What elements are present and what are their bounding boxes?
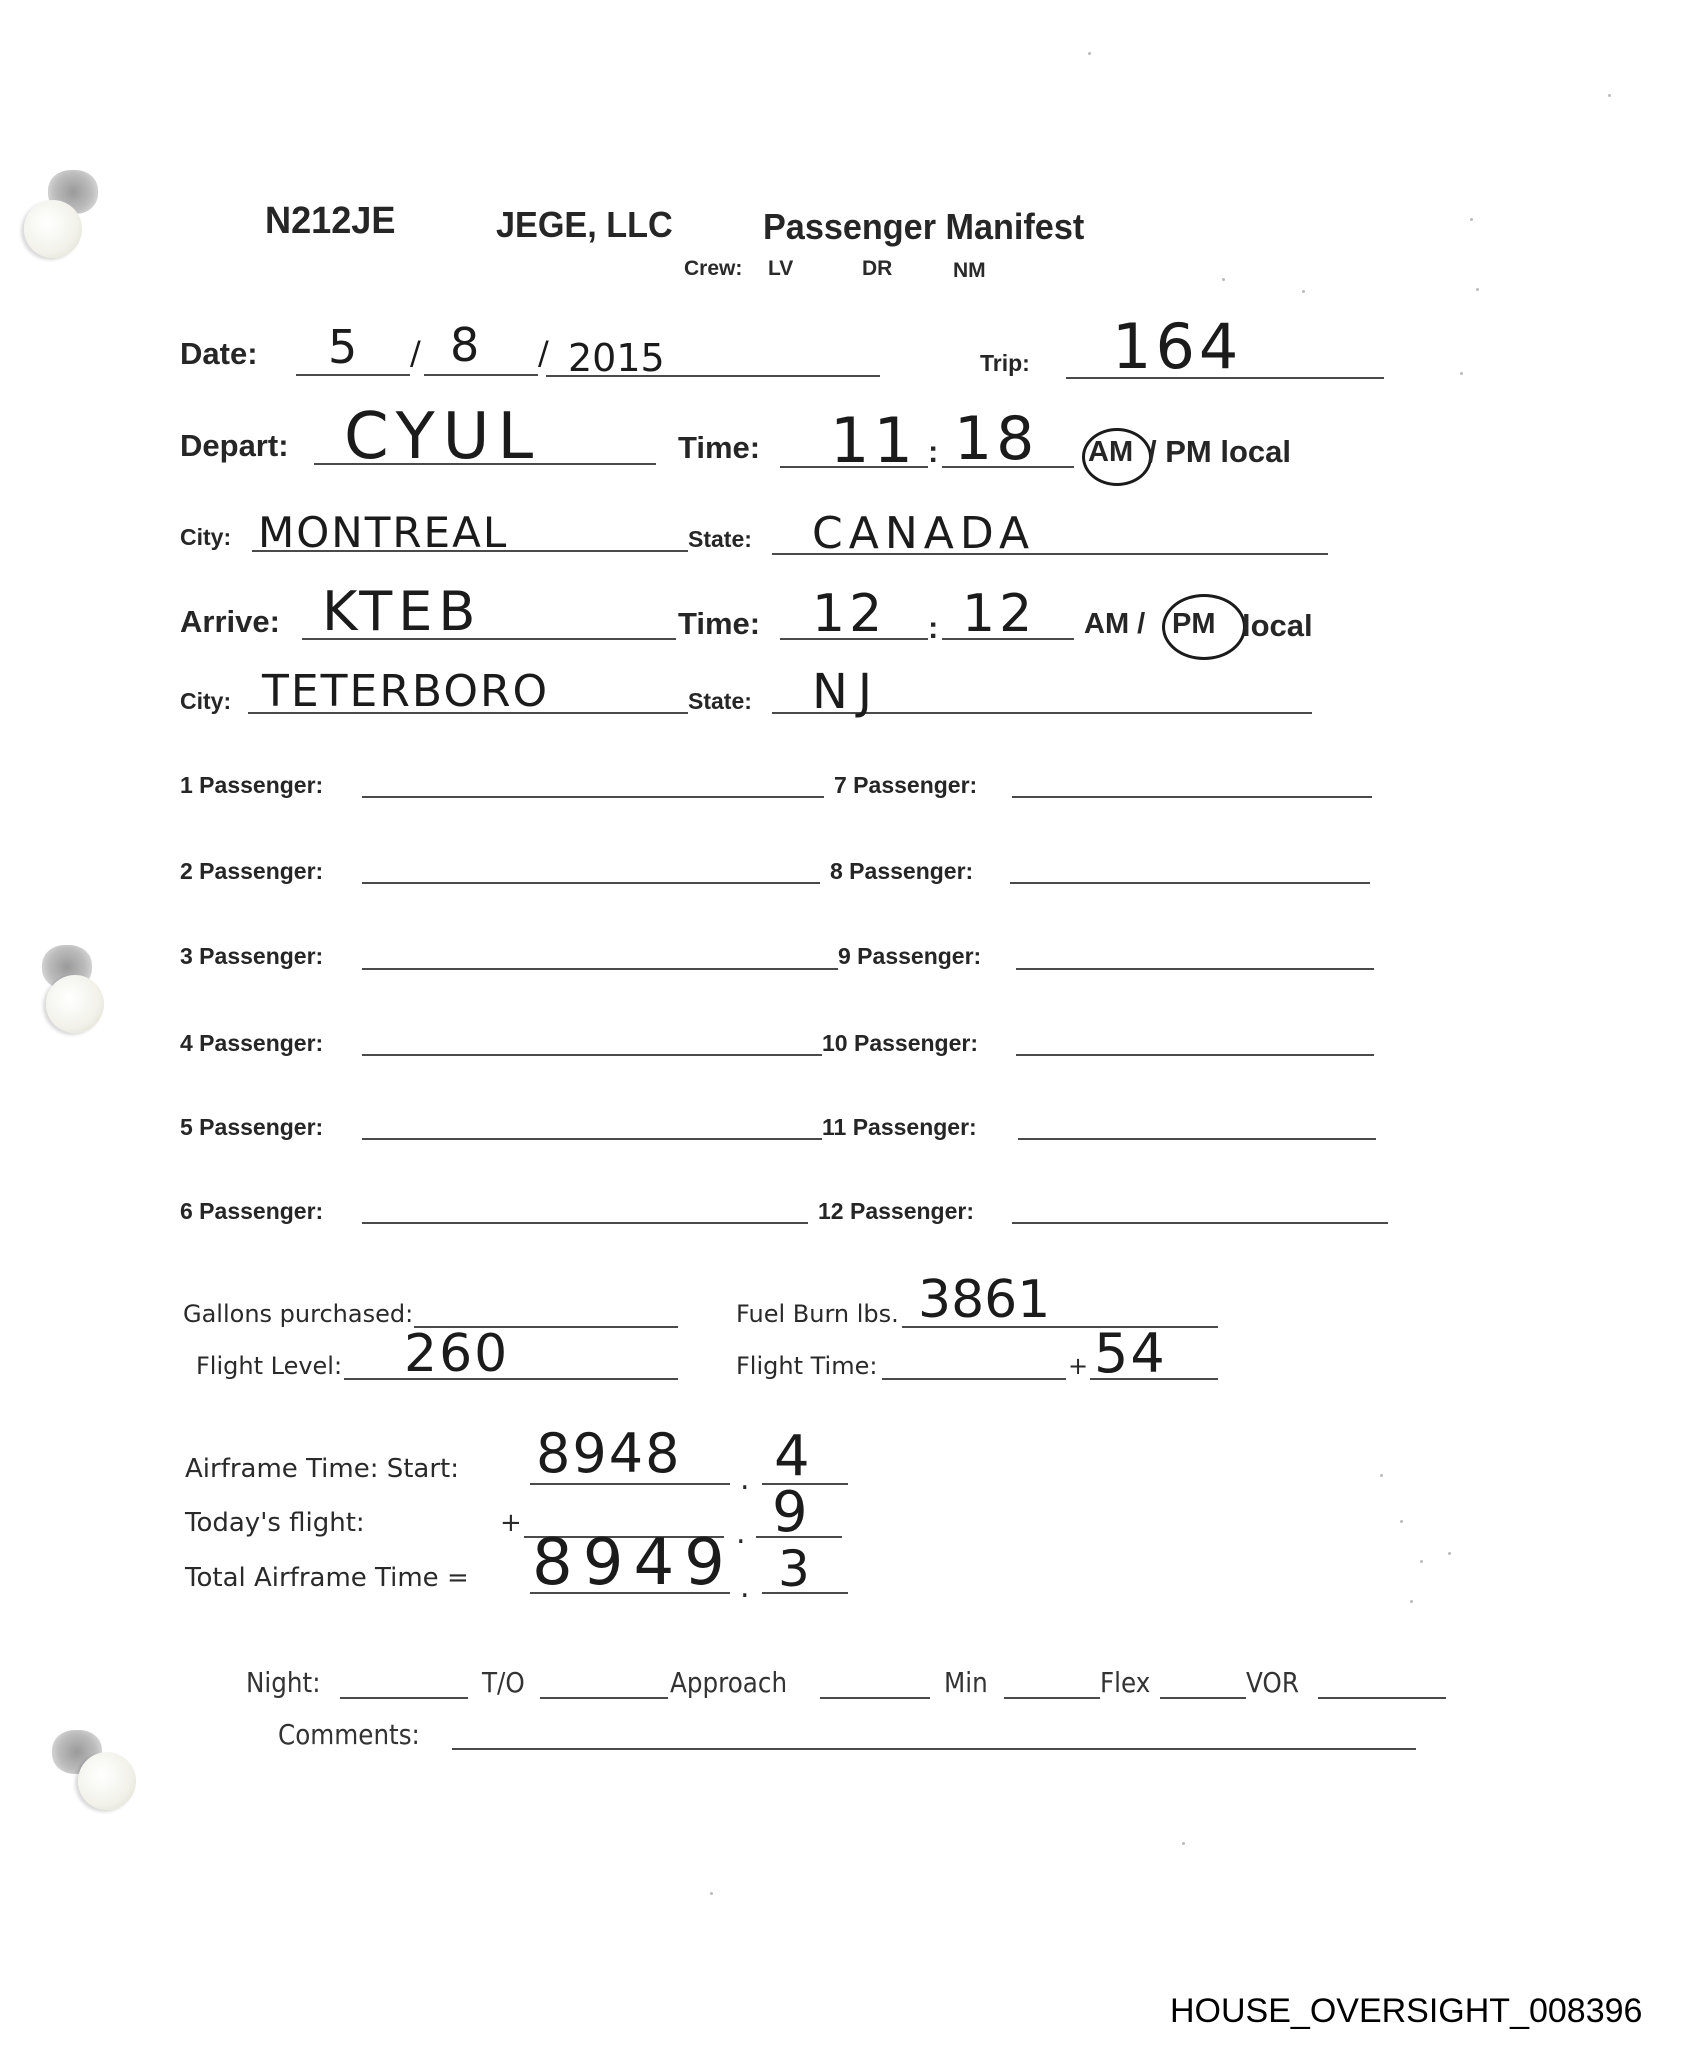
crew-label: Crew:	[684, 257, 742, 281]
scan-speck	[1410, 1600, 1413, 1603]
depart-city-label: City:	[180, 524, 231, 551]
company-name: JEGE, LLC	[496, 204, 673, 246]
passenger-1-label: 1 Passenger:	[180, 772, 323, 799]
flight-time-hours-field[interactable]	[882, 1378, 1066, 1380]
scan-speck	[1448, 1552, 1451, 1555]
approach-field[interactable]	[820, 1697, 930, 1699]
depart-time-colon: :	[928, 434, 938, 470]
vor-label: VOR	[1246, 1666, 1299, 1699]
depart-city-value[interactable]: MONTREAL	[258, 508, 508, 557]
total-airframe-whole-value[interactable]: 8949	[532, 1526, 735, 1600]
depart-pm-local: / PM local	[1148, 434, 1291, 470]
todays-flight-dot: .	[736, 1516, 746, 1551]
passenger-2-field[interactable]	[362, 882, 820, 884]
todays-flight-plus: +	[500, 1508, 522, 1538]
flight-level-label: Flight Level:	[196, 1352, 342, 1380]
flight-level-value[interactable]: 260	[404, 1324, 509, 1384]
passenger-5-label: 5 Passenger:	[180, 1114, 323, 1141]
flight-time-plus: +	[1068, 1352, 1088, 1380]
airframe-start-dot: .	[740, 1462, 750, 1497]
depart-am-option[interactable]: AM	[1088, 436, 1133, 469]
tail-number: N212JE	[265, 200, 395, 243]
passenger-4-field[interactable]	[362, 1054, 822, 1056]
passenger-9-field[interactable]	[1016, 968, 1374, 970]
comments-field[interactable]	[452, 1748, 1416, 1750]
depart-airport-value[interactable]: CYUL	[344, 400, 541, 474]
scan-speck	[1476, 288, 1479, 291]
passenger-7-label: 7 Passenger:	[834, 772, 977, 799]
crew-member-2: DR	[862, 257, 892, 281]
min-label: Min	[944, 1666, 988, 1699]
night-label: Night:	[246, 1666, 320, 1699]
crew-member-1: LV	[768, 257, 793, 281]
passenger-12-field[interactable]	[1012, 1222, 1388, 1224]
min-field[interactable]	[1004, 1697, 1100, 1699]
comments-label: Comments:	[278, 1718, 420, 1751]
passenger-10-label: 10 Passenger:	[822, 1030, 978, 1057]
passenger-1-field[interactable]	[362, 796, 824, 798]
passenger-2-label: 2 Passenger:	[180, 858, 323, 885]
total-airframe-label: Total Airframe Time =	[185, 1563, 469, 1593]
hole-punch-bottom	[78, 1752, 136, 1810]
bates-number: HOUSE_OVERSIGHT_008396	[1170, 1992, 1642, 2031]
fuel-burn-value[interactable]: 3861	[918, 1270, 1050, 1330]
hole-punch-mid	[46, 975, 104, 1033]
passenger-10-field[interactable]	[1016, 1054, 1374, 1056]
arrive-airport-value[interactable]: KTEB	[322, 580, 481, 643]
scan-speck	[1608, 94, 1611, 97]
arrive-am-option[interactable]: AM /	[1084, 608, 1145, 641]
depart-time-label: Time:	[678, 430, 760, 466]
scan-speck	[1222, 278, 1225, 281]
arrive-city-value[interactable]: TETERBORO	[262, 666, 549, 717]
flex-field[interactable]	[1160, 1697, 1246, 1699]
scan-speck	[1400, 1520, 1403, 1523]
date-month-line	[296, 374, 410, 376]
arrive-pm-option[interactable]: PM	[1172, 608, 1216, 641]
scan-speck	[1302, 290, 1305, 293]
scan-speck	[710, 1892, 713, 1895]
passenger-4-label: 4 Passenger:	[180, 1030, 323, 1057]
date-day-line	[424, 374, 538, 376]
arrive-minute-value[interactable]: 12	[962, 584, 1036, 644]
flight-time-label: Flight Time:	[736, 1352, 877, 1380]
date-sep-2: /	[538, 334, 553, 372]
airframe-start-label: Airframe Time: Start:	[185, 1454, 459, 1484]
scan-speck	[1088, 52, 1091, 55]
scan-speck	[1470, 218, 1473, 221]
takeoff-label: T/O	[482, 1666, 525, 1699]
arrive-city-label: City:	[180, 688, 231, 715]
passenger-3-field[interactable]	[362, 968, 838, 970]
night-field[interactable]	[340, 1697, 468, 1699]
total-airframe-dot: .	[740, 1570, 750, 1605]
arrive-time-colon: :	[928, 610, 938, 646]
scan-speck	[1460, 372, 1463, 375]
flight-time-minutes-value[interactable]: 54	[1094, 1322, 1167, 1385]
arrive-local-label: local	[1242, 608, 1313, 644]
scan-speck	[1182, 1842, 1185, 1845]
trip-label: Trip:	[980, 350, 1030, 377]
arrive-state-value[interactable]: NJ	[812, 664, 882, 720]
flight-level-line	[344, 1378, 678, 1380]
depart-hour-value[interactable]: 11	[830, 404, 917, 477]
date-year-value[interactable]: 2015	[568, 336, 665, 380]
passenger-7-field[interactable]	[1012, 796, 1372, 798]
arrive-label: Arrive:	[180, 604, 280, 640]
takeoff-field[interactable]	[540, 1697, 668, 1699]
flex-label: Flex	[1100, 1666, 1150, 1699]
approach-label: Approach	[670, 1666, 787, 1699]
depart-state-label: State:	[688, 526, 752, 553]
depart-minute-value[interactable]: 18	[954, 404, 1038, 474]
passenger-6-label: 6 Passenger:	[180, 1198, 323, 1225]
depart-state-value[interactable]: CANADA	[812, 508, 1035, 559]
vor-field[interactable]	[1318, 1697, 1446, 1699]
passenger-11-field[interactable]	[1018, 1138, 1376, 1140]
date-label: Date:	[180, 336, 258, 372]
depart-label: Depart:	[180, 428, 289, 464]
airframe-start-whole-value[interactable]: 8948	[536, 1422, 681, 1485]
passenger-8-field[interactable]	[1010, 882, 1370, 884]
date-month-value[interactable]: 5	[328, 320, 361, 374]
date-sep-1: /	[410, 334, 425, 372]
trip-value[interactable]: 164	[1112, 310, 1242, 383]
scan-speck	[1420, 1560, 1423, 1563]
total-airframe-tenth-value[interactable]: 3	[778, 1540, 814, 1598]
passenger-11-label: 11 Passenger:	[822, 1114, 977, 1141]
scan-speck	[1380, 1474, 1383, 1477]
document-title: Passenger Manifest	[763, 206, 1084, 248]
gallons-purchased-label: Gallons purchased:	[183, 1300, 413, 1328]
todays-flight-tenth-value[interactable]: 9	[772, 1480, 812, 1545]
passenger-6-field[interactable]	[362, 1222, 808, 1224]
passenger-3-label: 3 Passenger:	[180, 943, 323, 970]
fuel-burn-label: Fuel Burn lbs.	[736, 1300, 899, 1328]
passenger-5-field[interactable]	[362, 1138, 822, 1140]
arrive-state-label: State:	[688, 688, 752, 715]
crew-member-3: NM	[953, 259, 986, 283]
passenger-9-label: 9 Passenger:	[838, 943, 981, 970]
passenger-8-label: 8 Passenger:	[830, 858, 973, 885]
todays-flight-label: Today's flight:	[185, 1508, 365, 1538]
arrive-hour-value[interactable]: 12	[812, 584, 886, 644]
passenger-12-label: 12 Passenger:	[818, 1198, 974, 1225]
hole-punch-top	[24, 200, 82, 258]
arrive-time-label: Time:	[678, 606, 760, 642]
date-day-value[interactable]: 8	[450, 318, 483, 372]
